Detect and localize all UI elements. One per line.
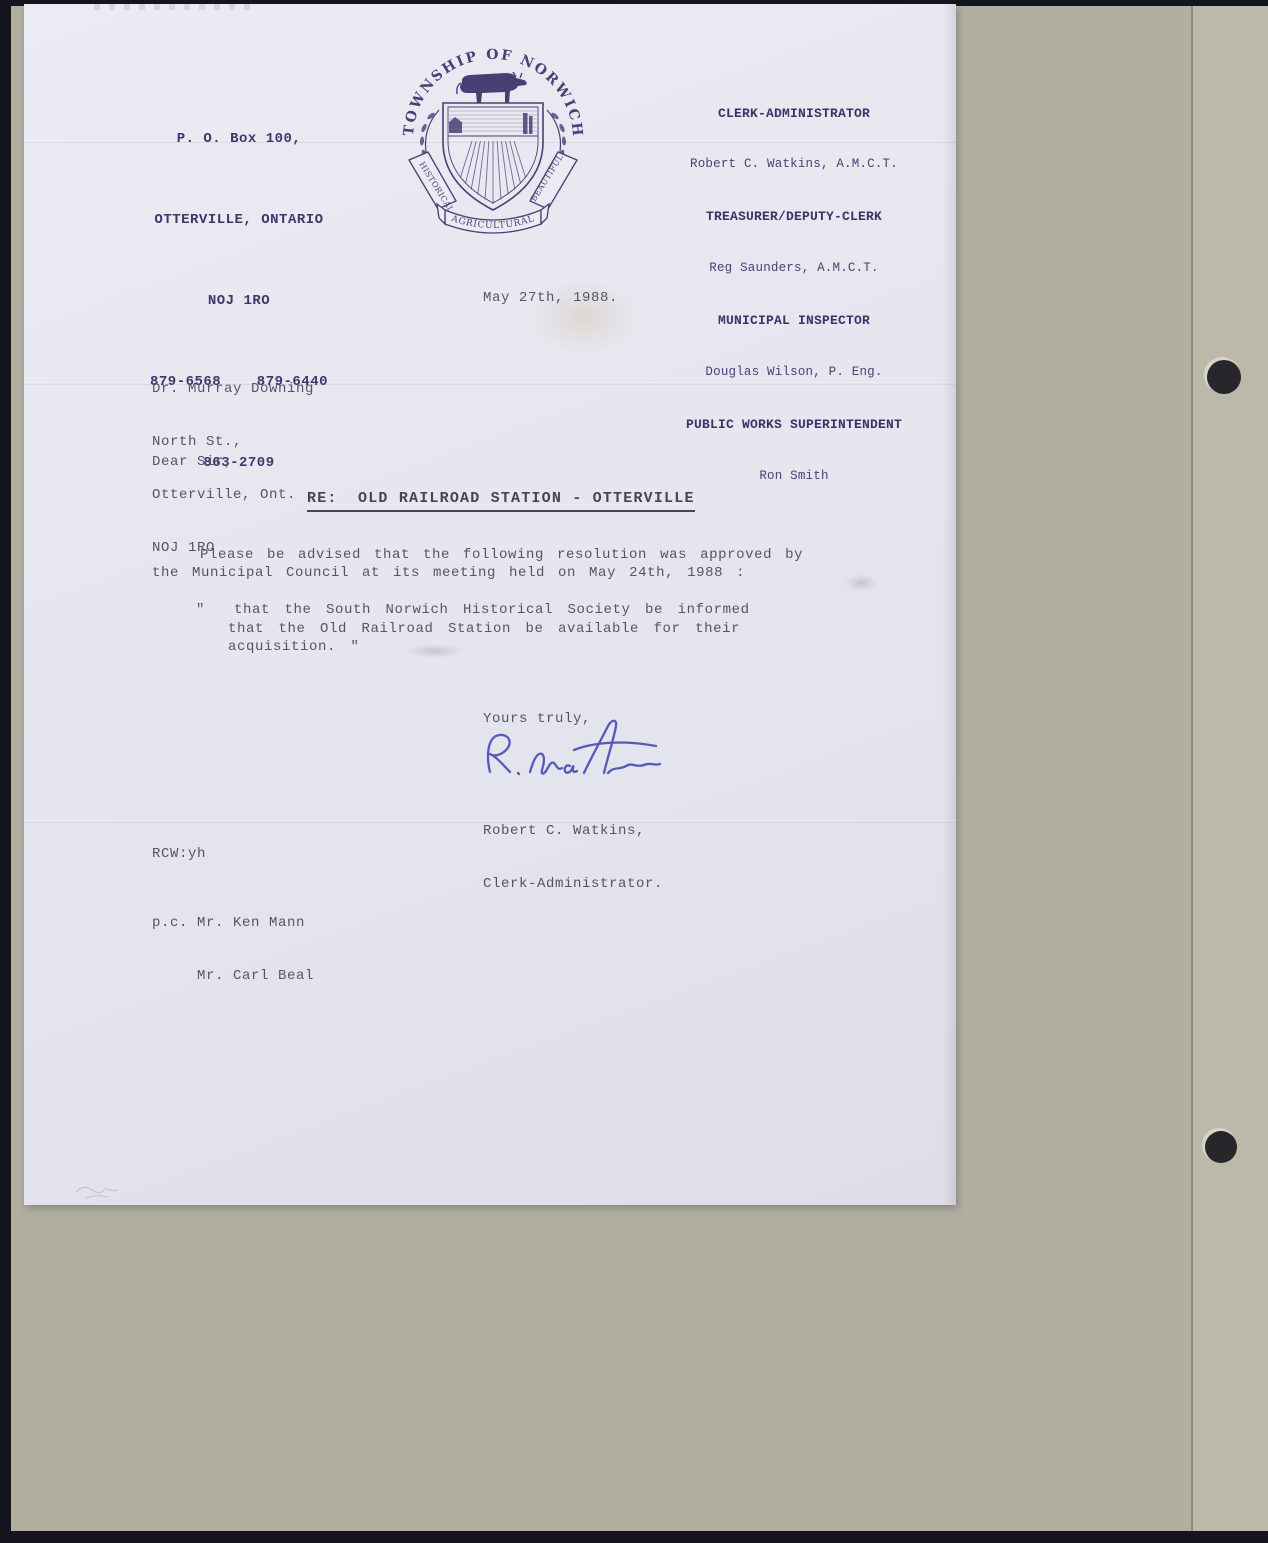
album-left-edge <box>0 0 11 1543</box>
signer-title: Clerk-Administrator. <box>483 876 663 894</box>
resolution-quote-line: acquisition. " <box>228 639 360 657</box>
contact-line: P. O. Box 100, <box>94 126 384 153</box>
signer-block: Robert C. Watkins, Clerk-Administrator. <box>483 788 663 929</box>
contact-line: OTTERVILLE, ONTARIO <box>94 207 384 234</box>
punch-hole-top <box>1207 360 1241 394</box>
official-title: MUNICIPAL INSPECTOR <box>638 312 950 329</box>
official-name: Ron Smith <box>638 468 950 485</box>
recipient-line: Dr. Murray Downing <box>152 381 314 399</box>
township-crest: TOWNSHIP OF NORWICH HISTORICAL BEAUTIFUL… <box>393 44 593 249</box>
resolution-quote-line: " that the South Norwich Historical Soci… <box>196 602 750 620</box>
album-bottom-edge <box>0 1531 1268 1543</box>
recipient-line: Otterville, Ont. <box>152 487 314 505</box>
paper-smudge <box>404 644 464 658</box>
reference-initials: RCW:yh <box>152 846 206 864</box>
signer-name: Robert C. Watkins, <box>483 823 663 841</box>
official-title: CLERK-ADMINISTRATOR <box>638 105 950 122</box>
signature-script <box>474 716 664 796</box>
contact-line: NOJ 1RO <box>94 288 384 315</box>
album-page-seam <box>1191 6 1193 1531</box>
paper-smudge <box>844 574 878 592</box>
album-backing-right-panel <box>1193 6 1268 1531</box>
official-title: PUBLIC WORKS SUPERINTENDENT <box>638 416 950 433</box>
date-line: May 27th, 1988. <box>483 290 618 308</box>
punch-hole-bottom <box>1205 1131 1237 1163</box>
cc-list: p.c. Mr. Ken Mann Mr. Carl Beal <box>152 880 314 1021</box>
album-page: P. O. Box 100, OTTERVILLE, ONTARIO NOJ 1… <box>0 0 1268 1543</box>
pencil-smudge-top <box>94 4 254 10</box>
cc-line: p.c. Mr. Ken Mann <box>152 915 314 933</box>
salutation: Dear Sir, <box>152 454 233 472</box>
subject-line: RE: OLD RAILROAD STATION - OTTERVILLE <box>307 490 695 512</box>
body-line: Please be advised that the following res… <box>200 547 803 565</box>
resolution-quote-line: that the Old Railroad Station be availab… <box>228 621 740 639</box>
recipient-line: North St., <box>152 434 314 452</box>
official-name: Robert C. Watkins, A.M.C.T. <box>638 156 950 173</box>
official-title: TREASURER/DEPUTY-CLERK <box>638 208 950 225</box>
letter-sheet: P. O. Box 100, OTTERVILLE, ONTARIO NOJ 1… <box>24 4 956 1205</box>
letterhead-officials-block: CLERK-ADMINISTRATOR Robert C. Watkins, A… <box>638 70 950 520</box>
official-name: Reg Saunders, A.M.C.T. <box>638 260 950 277</box>
body-line: the Municipal Council at its meeting hel… <box>152 565 745 583</box>
cow-icon <box>457 72 527 103</box>
cc-line: Mr. Carl Beal <box>152 968 314 986</box>
pencil-annotation <box>72 1178 152 1202</box>
official-name: Douglas Wilson, P. Eng. <box>638 364 950 381</box>
crest-field-furrows <box>452 141 534 204</box>
